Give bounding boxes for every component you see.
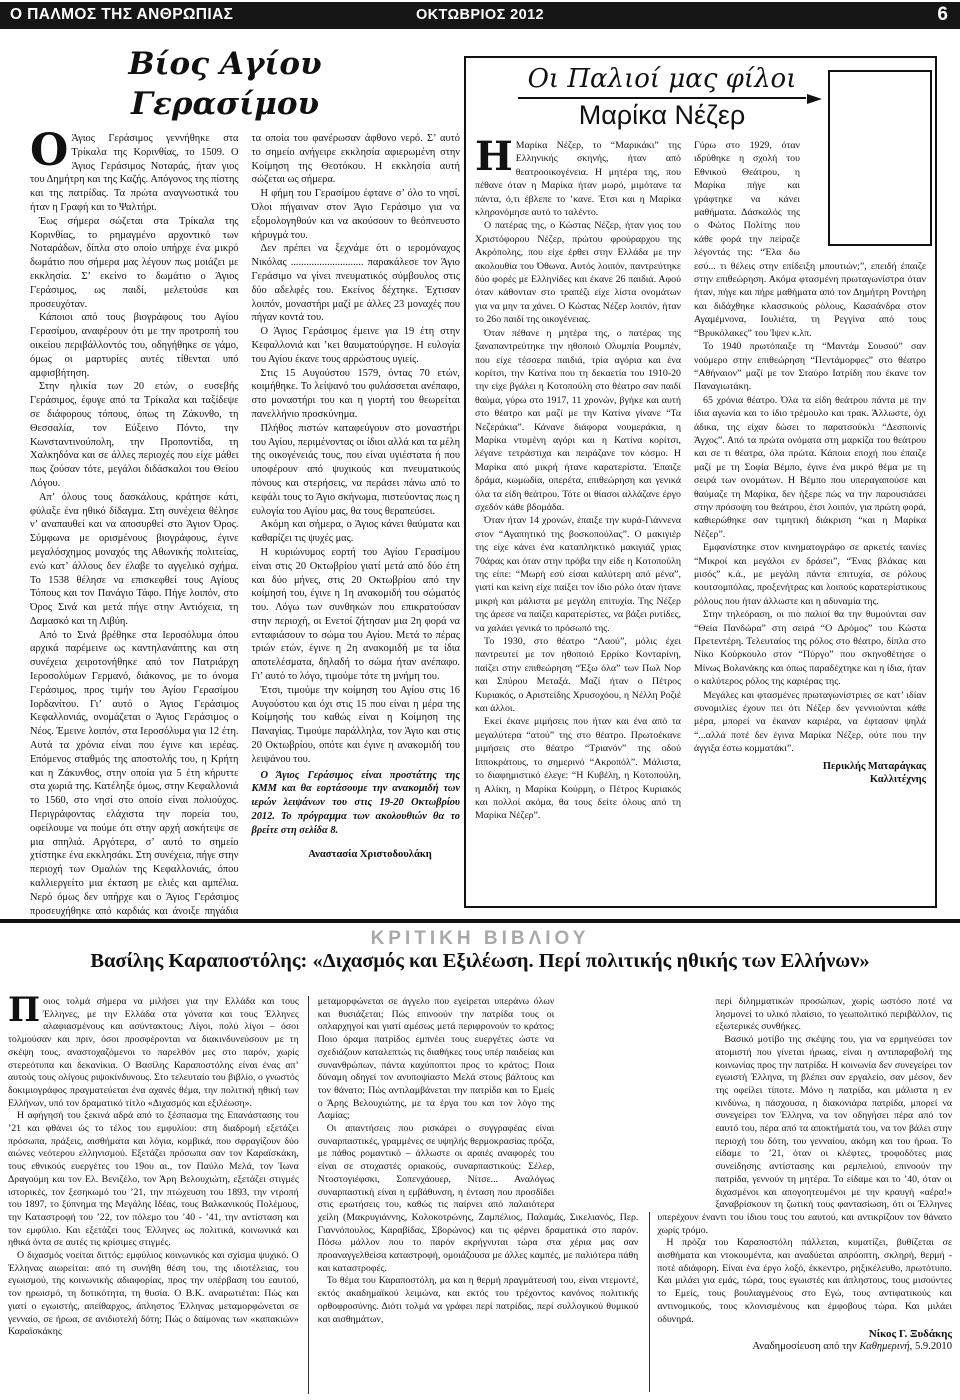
lead-paragraph: Ποιος τολμά σήμερα να μιλήσει για την Ελ…	[8, 996, 299, 1110]
review-body: Ποιος τολμά σήμερα να μιλήσει για την Ελ…	[8, 996, 952, 1394]
drop-cap: Π	[8, 996, 43, 1024]
paragraph: Έτσι, τιμούμε την κοίμηση του Αγίου στις…	[252, 684, 461, 767]
paragraph: Δεν πρέπει να ξεχνάμε ότι ο ιερομόναχος …	[252, 242, 461, 325]
reprint-credit: Αναδημοσίευση από την Καθημερινή, 5.9.20…	[657, 1341, 952, 1354]
panel-kicker-text: Οι Παλιοί μας φίλοι	[528, 64, 797, 94]
paragraph: Στις 15 Αυγούστου 1579, όντας 70 ετών, κ…	[252, 367, 461, 422]
arrow-icon	[807, 94, 822, 104]
paragraph: Εμφανίστηκε στον κινηματογράφο σε αρκετέ…	[694, 541, 926, 608]
panel-paragraphs-left: Ο πατέρας της, ο Κώστας Νέζερ, ήταν γιος…	[475, 219, 681, 822]
drop-cap: Ο	[30, 132, 71, 169]
paragraph: Κάποιοι από τους βιογράφους του Αγίου Γε…	[30, 311, 239, 380]
review-column-1: Ποιος τολμά σήμερα να μιλήσει για την Ελ…	[8, 996, 299, 1394]
article-saint-gerasimos: Βίος Αγίου Γερασίμου ΟΆγιος Γεράσιμος γε…	[30, 44, 460, 904]
article-body: ΟΆγιος Γεράσιμος γεννήθηκε στα Τρίκαλα τ…	[30, 132, 460, 928]
paragraph: Έως σήμερα σώζεται στα Τρίκαλα της Κοριν…	[30, 215, 239, 312]
panel-kicker: Οι Παλιοί μας φίλοι	[518, 64, 807, 99]
drop-cap: Η	[475, 139, 516, 173]
paragraph: Πλήθος πιστών καταφεύγουν στο μοναστήρι …	[252, 422, 461, 519]
masthead-bar: Ο ΠΑΛΜΟΣ ΤΗΣ ΑΝΘΡΩΠΙΑΣ ΟΚΤΩΒΡΙΟΣ 2012 6	[0, 2, 960, 29]
author-byline: Αναστασία Χριστοδουλάκη	[280, 849, 460, 860]
section-divider	[0, 919, 960, 923]
photo-placeholder	[828, 70, 932, 246]
paragraph: Ο Άγιος Γεράσιμος έμεινε για 19 έτη στην…	[252, 325, 461, 366]
paragraph: Η πρόζα του Καραποστόλη πάλλεται, κυματί…	[657, 1237, 952, 1326]
paragraph: Απ’ όλους τους δασκάλους, κράτησε κάτι, …	[30, 491, 239, 629]
review-headline: Βασίλης Καραποστόλης: «Διχασμός και Εξιλ…	[0, 950, 960, 973]
panel-column-left: ΗΜαρίκα Νέζερ, το “Μαρικάκι” της Ελληνικ…	[475, 139, 681, 851]
newspaper-page: { "header": { "left": "Ο ΠΑΛΜΟΣ ΤΗΣ ΑΝΘΡ…	[0, 0, 960, 1400]
review-paragraphs-1: Η αφήγησή του ξεκινά αδρά από το ξέσπασμ…	[8, 1110, 299, 1339]
paragraph: Το 1930, στο θέατρο “Λαού”, μόλις έχει π…	[475, 635, 681, 715]
paragraph: Εκεί έκανε μιμήσεις που ήταν και ένα από…	[475, 715, 681, 822]
lead-text: οιος τολμά σήμερα να μιλήσει για την Ελλ…	[8, 996, 299, 1109]
review-column-2: μεταμορφώνεται σε άγγελο που εγείρεται υ…	[318, 996, 639, 1394]
author-role: Καλλιτέχνης	[694, 773, 926, 786]
paragraph: Η κυριώνυμος εορτή του Αγίου Γερασίμου ε…	[252, 546, 461, 684]
paragraph: Το θέμα του Καραποστόλη, μα και η θερμή …	[318, 1275, 639, 1326]
author-byline: Περικλής Ματαράγκας	[694, 760, 926, 773]
closing-note: Ο Άγιος Γεράσιμος είναι προστάτης της ΚΜ…	[252, 769, 461, 838]
column-divider-partial	[649, 1212, 650, 1392]
panel-header: Οι Παλιοί μας φίλοι Μαρίκα Νέζερ	[497, 64, 827, 130]
column-divider	[308, 996, 309, 1394]
image-gap-spacer	[657, 996, 715, 1210]
paragraph: Στην ηλικία των 20 ετών, ο ευσεβής Γεράσ…	[30, 380, 239, 490]
paragraph: Ακόμη και σήμερα, ο Άγιος κάνει θαύματα …	[252, 518, 461, 546]
paragraph: 65 χρόνια θέατρο. Όλα τα είδη θεάτρου πά…	[694, 394, 926, 541]
paragraph: Ο πατέρας της, ο Κώστας Νέζερ, ήταν γιος…	[475, 219, 681, 326]
paragraph: Όταν πέθανε η μητέρα της, ο πατέρας της …	[475, 327, 681, 515]
credit-prefix: Αναδημοσίευση από την	[752, 1341, 859, 1352]
issue-date: ΟΚΤΩΒΡΙΟΣ 2012	[0, 7, 960, 23]
page-number: 6	[937, 4, 948, 26]
paragraph: Η φήμη του Γερασίμου έφτανε σ’ όλο το νη…	[252, 187, 461, 242]
panel-old-friends: Οι Παλιοί μας φίλοι Μαρίκα Νέζερ ΗΜαρίκα…	[464, 56, 937, 908]
panel-title: Μαρίκα Νέζερ	[497, 100, 827, 130]
section-kicker: ΚΡΙΤΙΚΗ ΒΙΒΛΙΟΥ	[0, 928, 960, 950]
credit-suffix: , 5.9.2010	[910, 1341, 952, 1352]
paragraph: Ο διχασμός νοείται διττός: εμφύλιος κοιν…	[8, 1250, 299, 1339]
paragraph: Όταν ήταν 14 χρονών, έπαιξε την κυρά-Γιά…	[475, 514, 681, 635]
paragraph: Μεγάλες και φτασμένες πρωταγωνίστριες σε…	[694, 689, 926, 756]
paragraph: Στην τηλεόραση, οι πιο παλιοί θα την θυμ…	[694, 608, 926, 688]
image-gap-spacer	[554, 996, 638, 1210]
lead-paragraph: ΟΆγιος Γεράσιμος γεννήθηκε στα Τρίκαλα τ…	[30, 132, 239, 215]
paragraph: Το 1940 πρωτόπαιξε τη “Μαντάμ Σουσού” σα…	[694, 340, 926, 394]
article-title: Βίος Αγίου Γερασίμου	[70, 44, 380, 124]
author-byline: Νίκος Γ. Ξυδάκης	[657, 1328, 952, 1341]
lead-paragraph: ΗΜαρίκα Νέζερ, το “Μαρικάκι” της Ελληνικ…	[475, 139, 681, 219]
paragraph: Η αφήγησή του ξεκινά αδρά από το ξέσπασμ…	[8, 1110, 299, 1250]
review-column-3: περί διλημματικών προσώπων, χωρίς ωστόσο…	[657, 996, 952, 1394]
credit-source: Καθημερινή	[859, 1341, 909, 1352]
